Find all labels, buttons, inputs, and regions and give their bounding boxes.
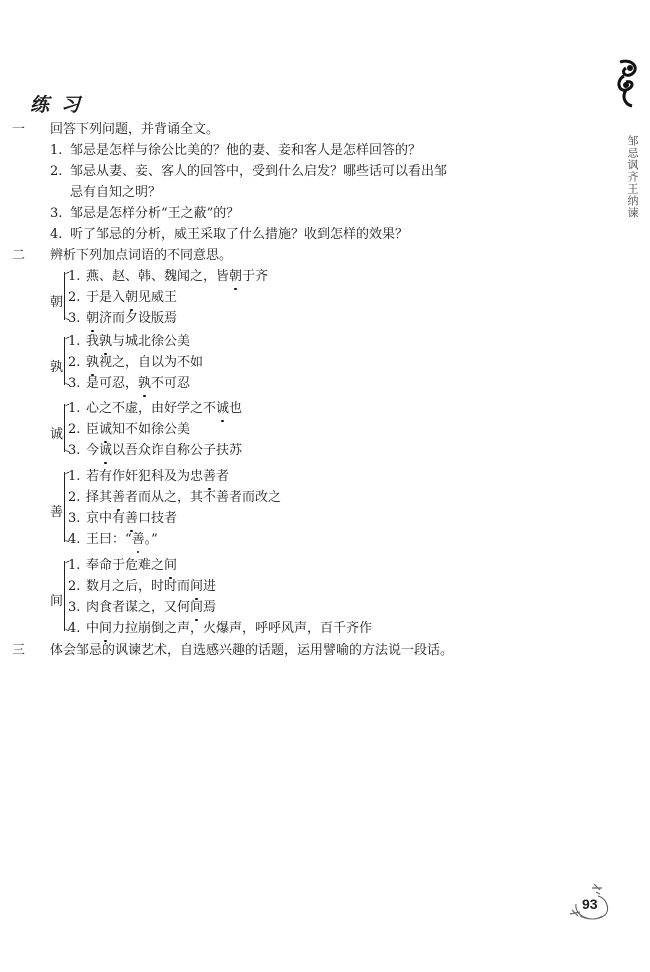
group-item: 3.肉食者谋之，又何间焉 — [68, 600, 216, 616]
dotted-char: 间 — [190, 600, 203, 616]
group-item: 4.中间力拉崩倒之声，火爆声，呼呼风声，百千齐作 — [68, 621, 372, 637]
question-text: 邹忌从妻、妾、客人的回答中，受到什么启发？哪些话可以看出邹 — [70, 164, 447, 179]
group-item: 4.王曰：“善。” — [68, 532, 158, 548]
group-item: 3.京中有善口技者 — [68, 511, 177, 527]
question-text: 听了邹忌的分析，威王采取了什么措施？收到怎样的效果？ — [70, 227, 408, 242]
group-item: 1.燕、赵、韩、魏闻之，皆朝于齐 — [68, 269, 268, 285]
dotted-char: 间 — [164, 558, 177, 574]
dotted-char: 诚 — [216, 401, 229, 417]
dotted-char: 间 — [190, 579, 203, 595]
dotted-char: 诚 — [99, 443, 112, 459]
section-number-1: 一 — [12, 122, 36, 138]
group-item: 3.朝济而夕设版焉 — [68, 311, 177, 327]
question-3: 3.邹忌是怎样分析“王之蔽”的？ — [50, 206, 239, 222]
section-1-prompt: 回答下列问题，并背诵全文。 — [50, 122, 219, 138]
group-item: 2.择其善者而从之，其不善者而改之 — [68, 490, 281, 506]
dotted-char: 孰 — [86, 355, 99, 371]
dotted-char: 孰 — [99, 334, 112, 350]
question-number: 1. — [50, 143, 70, 159]
group-item: 2.数月之后，时时而间进 — [68, 579, 216, 595]
page-title: 练习 — [30, 90, 92, 117]
question-number: 2. — [50, 164, 70, 180]
ornament-icon — [612, 58, 642, 108]
lesson-title-caption: 邹忌讽齐王纳谏 — [624, 135, 640, 219]
group-head-zhao: 朝 — [50, 291, 63, 310]
group-item: 1.若有作奸犯科及为忠善者 — [68, 469, 229, 485]
question-4: 4.听了邹忌的分析，威王采取了什么措施？收到怎样的效果？ — [50, 227, 408, 243]
question-2-continuation: 忌有自知之明？ — [70, 185, 161, 201]
question-number: 4. — [50, 227, 70, 243]
group-item: 2.臣诚知不如徐公美 — [68, 422, 190, 438]
question-text: 邹忌是怎样与徐公比美的？他的妻、妾和客人是怎样回答的？ — [70, 143, 421, 158]
group-head-shu: 孰 — [50, 356, 63, 375]
dotted-char: 朝 — [125, 290, 138, 306]
dotted-char: 诚 — [99, 422, 112, 438]
section-number-2: 二 — [12, 248, 36, 264]
group-item: 3.是可忍，孰不可忍 — [68, 376, 190, 392]
section-number-3: 三 — [12, 643, 36, 659]
section-3-prompt: 体会邹忌的讽谏艺术，自选感兴趣的话题，运用譬喻的方法说一段话。 — [50, 643, 453, 659]
dotted-char: 善 — [125, 511, 138, 527]
dotted-char: 间 — [99, 621, 112, 637]
question-text: 邹忌是怎样分析“王之蔽”的？ — [70, 206, 239, 221]
page-number: 93 — [582, 896, 598, 912]
section-2-prompt: 辨析下列加点词语的不同意思。 — [50, 248, 232, 264]
dotted-char: 善 — [203, 469, 216, 485]
group-head-jian: 间 — [50, 590, 63, 609]
group-head-cheng: 诚 — [50, 423, 63, 442]
dotted-char: 善 — [132, 532, 145, 548]
dotted-char: 孰 — [138, 376, 151, 392]
group-item: 1.奉命于危难之间 — [68, 558, 177, 574]
group-item: 3.今诚以吾众诈自称公子扶苏 — [68, 443, 242, 459]
group-item: 1.我孰与城北徐公美 — [68, 334, 190, 350]
group-head-shan: 善 — [50, 501, 63, 520]
group-item: 2.于是入朝见威王 — [68, 290, 177, 306]
dotted-char: 善 — [112, 490, 125, 506]
group-item: 2.孰视之，自以为不如 — [68, 355, 203, 371]
question-number: 3. — [50, 206, 70, 222]
dotted-char: 朝 — [229, 269, 242, 285]
dotted-char: 朝 — [86, 311, 99, 327]
question-1: 1.邹忌是怎样与徐公比美的？他的妻、妾和客人是怎样回答的？ — [50, 143, 421, 159]
question-2: 2.邹忌从妻、妾、客人的回答中，受到什么启发？哪些话可以看出邹 — [50, 164, 447, 180]
group-item: 1.心之不虚，由好学之不诚也 — [68, 401, 242, 417]
